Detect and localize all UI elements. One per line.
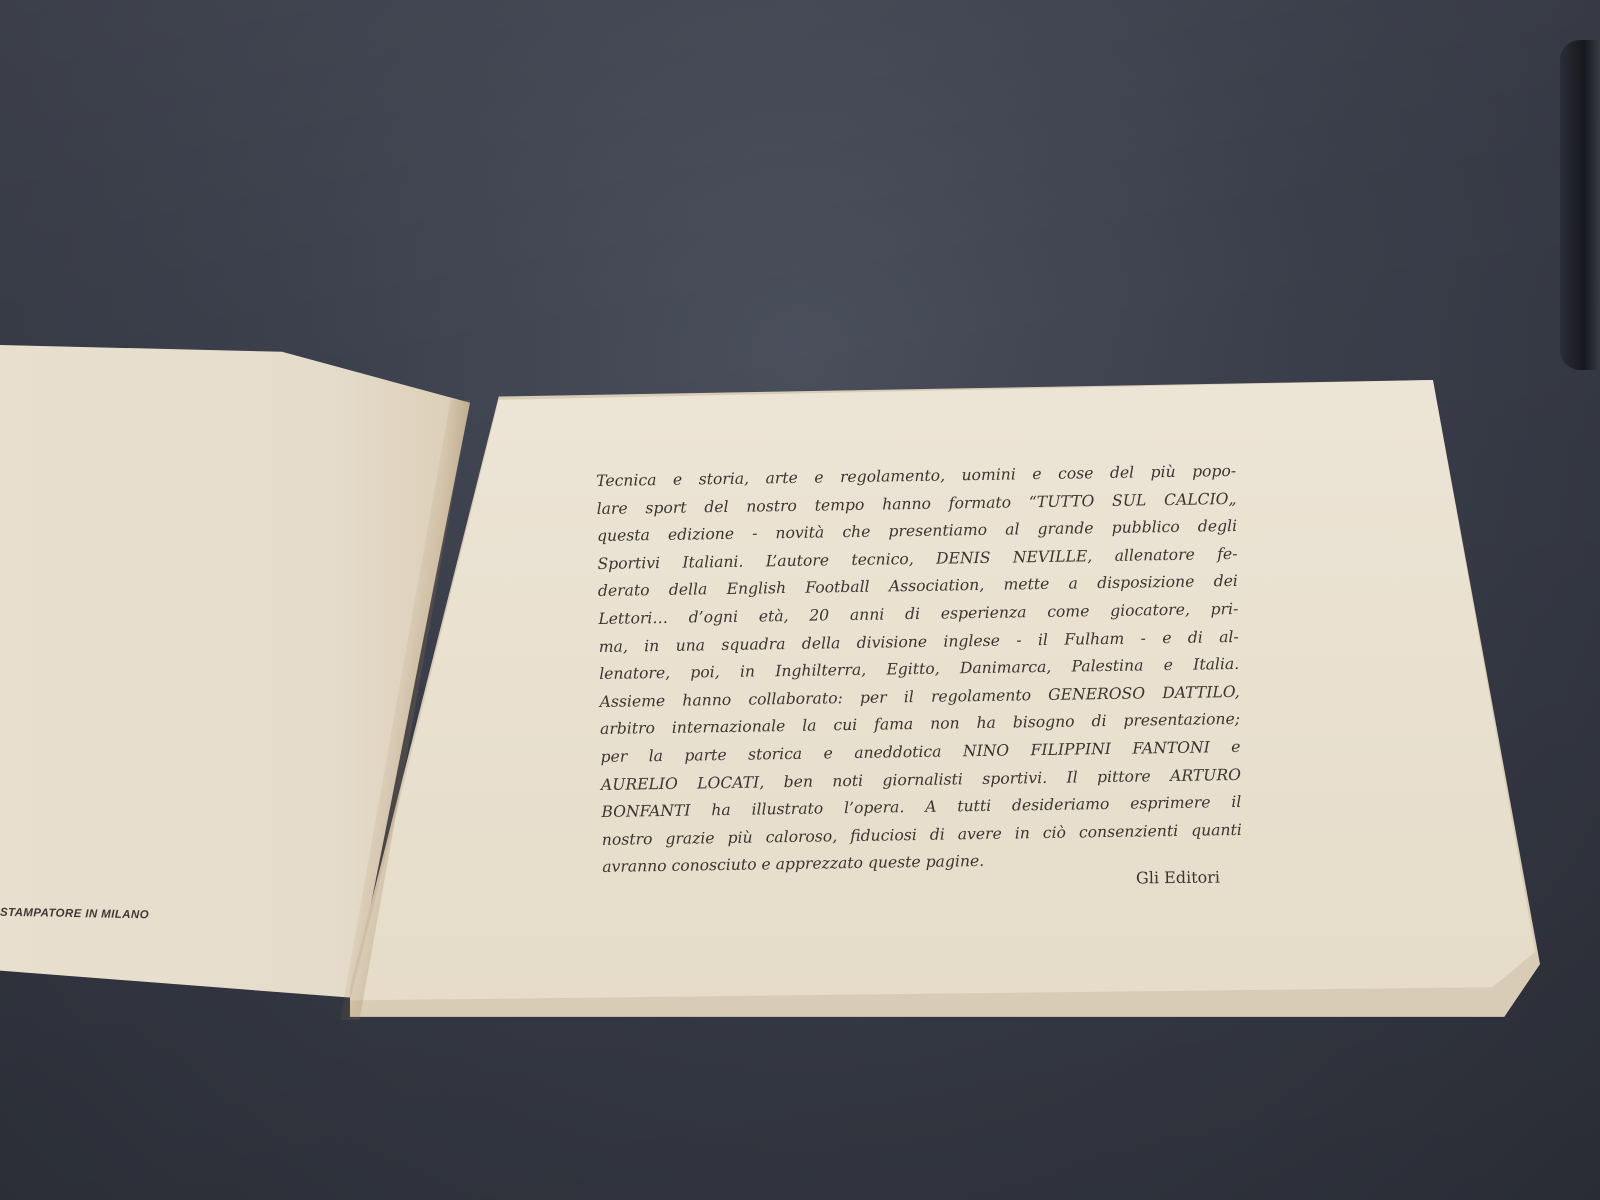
- signature: Gli Editori: [1136, 868, 1220, 888]
- dark-object-edge: [1560, 40, 1600, 370]
- preface-text: Tecnica e storia, arte e regolamento, uo…: [596, 458, 1242, 882]
